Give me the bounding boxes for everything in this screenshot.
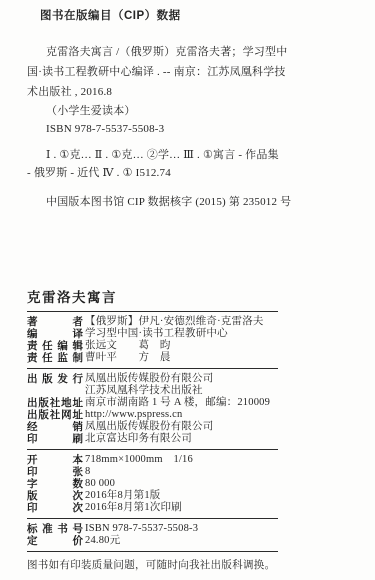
row-label: 标准书号 (27, 523, 83, 535)
row-label: 印张 (27, 466, 83, 478)
row-value: 张远文 葛 昀 (85, 340, 277, 352)
row-label: 版次 (27, 490, 83, 502)
cip-paragraph: 克雷洛夫寓言 /（俄罗斯）克雷洛夫著；学习型中 国·读书工程教研中心编译 . -… (27, 42, 317, 102)
row-value: 8 (85, 466, 277, 478)
row-label: 责任编辑 (27, 340, 83, 352)
cip-classification-line: - 俄罗斯 - 近代 Ⅳ . ① I512.74 (27, 164, 317, 182)
row-label: 经销 (27, 421, 83, 433)
info-row-address: 出版社地址南京市湖南路 1 号 A 楼，邮编：210009 (27, 397, 375, 409)
credits-section: 著者【俄罗斯】伊凡·安德烈维奇·克雷洛夫 编译学习型中国·读书工程教研中心 责任… (27, 312, 375, 368)
colophon-page: 图书在版编目（CIP）数据 克雷洛夫寓言 /（俄罗斯）克雷洛夫著；学习型中 国·… (0, 0, 375, 580)
cip-paragraph-line: 术出版社 , 2016.8 (27, 82, 317, 102)
row-value: 北京富达印务有限公司 (85, 433, 277, 445)
info-row-editor: 责任编辑张远文 葛 昀 (27, 340, 375, 352)
title-block: 克雷洛夫寓言 (27, 290, 375, 312)
row-label: 著者 (27, 316, 83, 328)
row-value: 学习型中国·读书工程教研中心 (85, 328, 277, 340)
row-label: 印次 (27, 502, 83, 514)
info-row-translator: 编译学习型中国·读书工程教研中心 (27, 328, 375, 340)
cip-paragraph-line: 国·读书工程教研中心编译 . -- 南京：江苏凤凰科学技 (27, 62, 317, 82)
row-label: 出版社网址 (27, 409, 83, 421)
info-row-distributor: 经销凤凰出版传媒股份有限公司 (27, 421, 375, 433)
cip-block: 图书在版编目（CIP）数据 克雷洛夫寓言 /（俄罗斯）克雷洛夫著；学习型中 国·… (27, 8, 317, 210)
info-row-printer: 印刷北京富达印务有限公司 (27, 433, 375, 445)
row-value: 凤凰出版传媒股份有限公司 (85, 421, 277, 433)
info-row-impression: 印次2016年8月第1次印刷 (27, 502, 375, 514)
row-value: 南京市湖南路 1 号 A 楼，邮编：210009 (85, 397, 277, 409)
publishing-section: 出版发行凤凰出版传媒股份有限公司 江苏凤凰科学技术出版社 出版社地址南京市湖南路… (27, 369, 375, 449)
info-row-price: 定价24.80元 (27, 535, 375, 547)
info-row-edition: 版次2016年8月第1版 (27, 490, 375, 502)
row-label: 责任监制 (27, 352, 83, 364)
info-row-wordcount: 字数80 000 (27, 478, 375, 490)
row-value: http://www.pspress.cn (85, 409, 277, 421)
info-row-publisher: 出版发行凤凰出版传媒股份有限公司 (27, 373, 375, 385)
info-row-supervisor: 责任监制曹叶平 方 晨 (27, 352, 375, 364)
row-value: ISBN 978-7-5537-5508-3 (85, 523, 277, 535)
cip-classification-line: Ⅰ . ①克… Ⅱ . ①克… ②学… Ⅲ . ①寓言 - 作品集 (27, 146, 317, 164)
info-row-sheets: 印张8 (27, 466, 375, 478)
quality-note: 图书如有印装质量问题，可随时向我社出版科调换。 (27, 559, 375, 573)
row-label: 字数 (27, 478, 83, 490)
info-row-website: 出版社网址http://www.pspress.cn (27, 409, 375, 421)
row-label: 印刷 (27, 433, 83, 445)
row-value: 2016年8月第1次印刷 (85, 502, 277, 514)
row-value: 2016年8月第1版 (85, 490, 277, 502)
row-label: 定价 (27, 535, 83, 547)
cip-paragraph-line: 克雷洛夫寓言 /（俄罗斯）克雷洛夫著；学习型中 (27, 42, 317, 62)
row-label: 编译 (27, 328, 83, 340)
info-row-author: 著者【俄罗斯】伊凡·安德烈维奇·克雷洛夫 (27, 316, 375, 328)
cip-heading: 图书在版编目（CIP）数据 (40, 8, 317, 24)
divider (27, 551, 278, 552)
row-value: 曹叶平 方 晨 (85, 352, 277, 364)
cip-isbn: ISBN 978-7-5537-5508-3 (27, 120, 317, 138)
printing-section: 开本718mm×1000mm 1/16 印张8 字数80 000 版次2016年… (27, 450, 375, 518)
book-title: 克雷洛夫寓言 (27, 290, 375, 306)
row-value: 24.80元 (85, 535, 277, 547)
info-row-isbn: 标准书号ISBN 978-7-5537-5508-3 (27, 523, 375, 535)
info-row-publisher-2: 江苏凤凰科学技术出版社 (27, 385, 375, 397)
cip-record-number: 中国版本图书馆 CIP 数据核字 (2015) 第 235012 号 (27, 194, 317, 210)
row-label: 出版发行 (27, 373, 83, 385)
row-label: 出版社地址 (27, 397, 83, 409)
row-label: 开本 (27, 454, 83, 466)
row-value: 80 000 (85, 478, 277, 490)
cip-classification: Ⅰ . ①克… Ⅱ . ①克… ②学… Ⅲ . ①寓言 - 作品集 - 俄罗斯 … (27, 146, 317, 182)
row-value: 凤凰出版传媒股份有限公司 (85, 373, 277, 385)
info-row-format: 开本718mm×1000mm 1/16 (27, 454, 375, 466)
cip-series: （小学生爱读本） (27, 102, 317, 120)
row-value: 718mm×1000mm 1/16 (85, 454, 277, 466)
pricing-section: 标准书号ISBN 978-7-5537-5508-3 定价24.80元 (27, 519, 375, 551)
row-value: 【俄罗斯】伊凡·安德烈维奇·克雷洛夫 (85, 316, 277, 328)
row-value: 江苏凤凰科学技术出版社 (85, 385, 277, 397)
